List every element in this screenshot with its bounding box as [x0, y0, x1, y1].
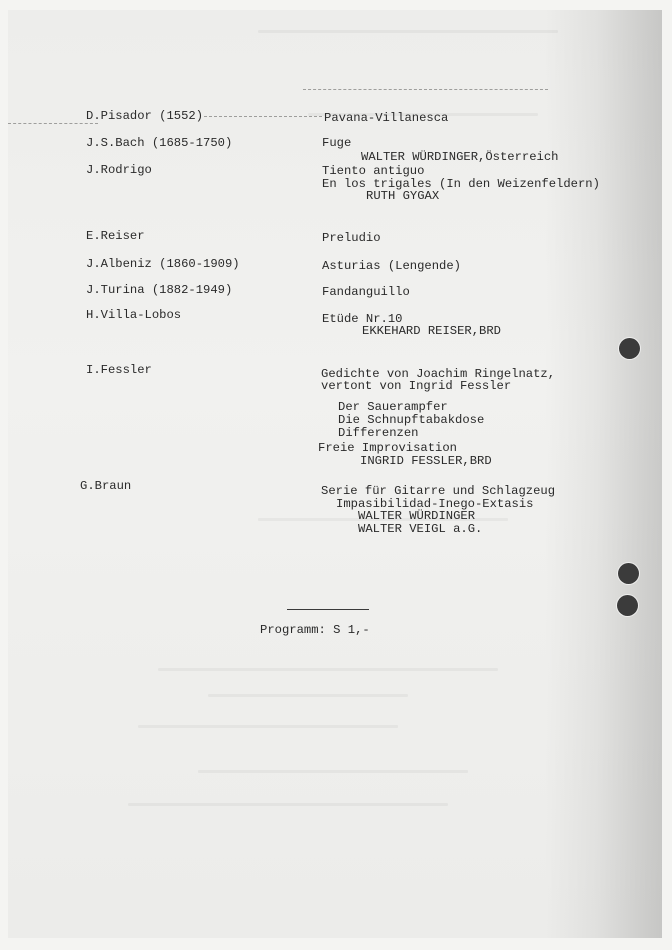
work-title: En los trigales (In den Weizenfeldern): [322, 178, 600, 191]
sub-work-title: Differenzen: [338, 427, 418, 440]
punch-hole-icon: [618, 563, 639, 584]
leader-line: [8, 123, 98, 124]
composer: J.Albeniz (1860-1909): [86, 258, 240, 271]
composer: J.S.Bach (1685-1750): [86, 137, 232, 150]
performer: EKKEHARD REISER,BRD: [362, 325, 501, 338]
work-title: Preludio: [322, 232, 381, 245]
bleed-through-mark: [258, 30, 558, 33]
performer: WALTER VEIGL a.G.: [358, 523, 482, 536]
performer: WALTER WÜRDINGER,Österreich: [361, 151, 558, 164]
bleed-through-mark: [128, 803, 448, 806]
composer: I.Fessler: [86, 364, 152, 377]
scanned-page: D.Pisador (1552) Pavana-Villanesca J.S.B…: [8, 10, 662, 938]
punch-hole-icon: [619, 338, 640, 359]
bleed-through-mark: [198, 770, 468, 773]
bleed-through-mark: [138, 725, 398, 728]
work-title: vertont von Ingrid Fessler: [321, 380, 511, 393]
performer: RUTH GYGAX: [366, 190, 439, 203]
bleed-through-mark: [158, 668, 498, 671]
bleed-through-mark: [208, 694, 408, 697]
composer: D.Pisador (1552): [86, 110, 203, 123]
leader-line: [303, 89, 548, 90]
composer: J.Turina (1882-1949): [86, 284, 232, 297]
program-price: Programm: S 1,-: [260, 624, 370, 637]
performer: INGRID FESSLER,BRD: [360, 455, 492, 468]
separator-rule: [287, 609, 369, 610]
work-title: Asturias (Lengende): [322, 260, 461, 273]
composer: J.Rodrigo: [86, 164, 152, 177]
work-title: Fandanguillo: [322, 286, 410, 299]
composer: E.Reiser: [86, 230, 145, 243]
punch-hole-icon: [617, 595, 638, 616]
leader-line: [204, 116, 322, 117]
composer: H.Villa-Lobos: [86, 309, 181, 322]
work-title: Pavana-Villanesca: [324, 112, 448, 125]
work-title: Fuge: [322, 137, 351, 150]
composer: G.Braun: [80, 480, 131, 493]
